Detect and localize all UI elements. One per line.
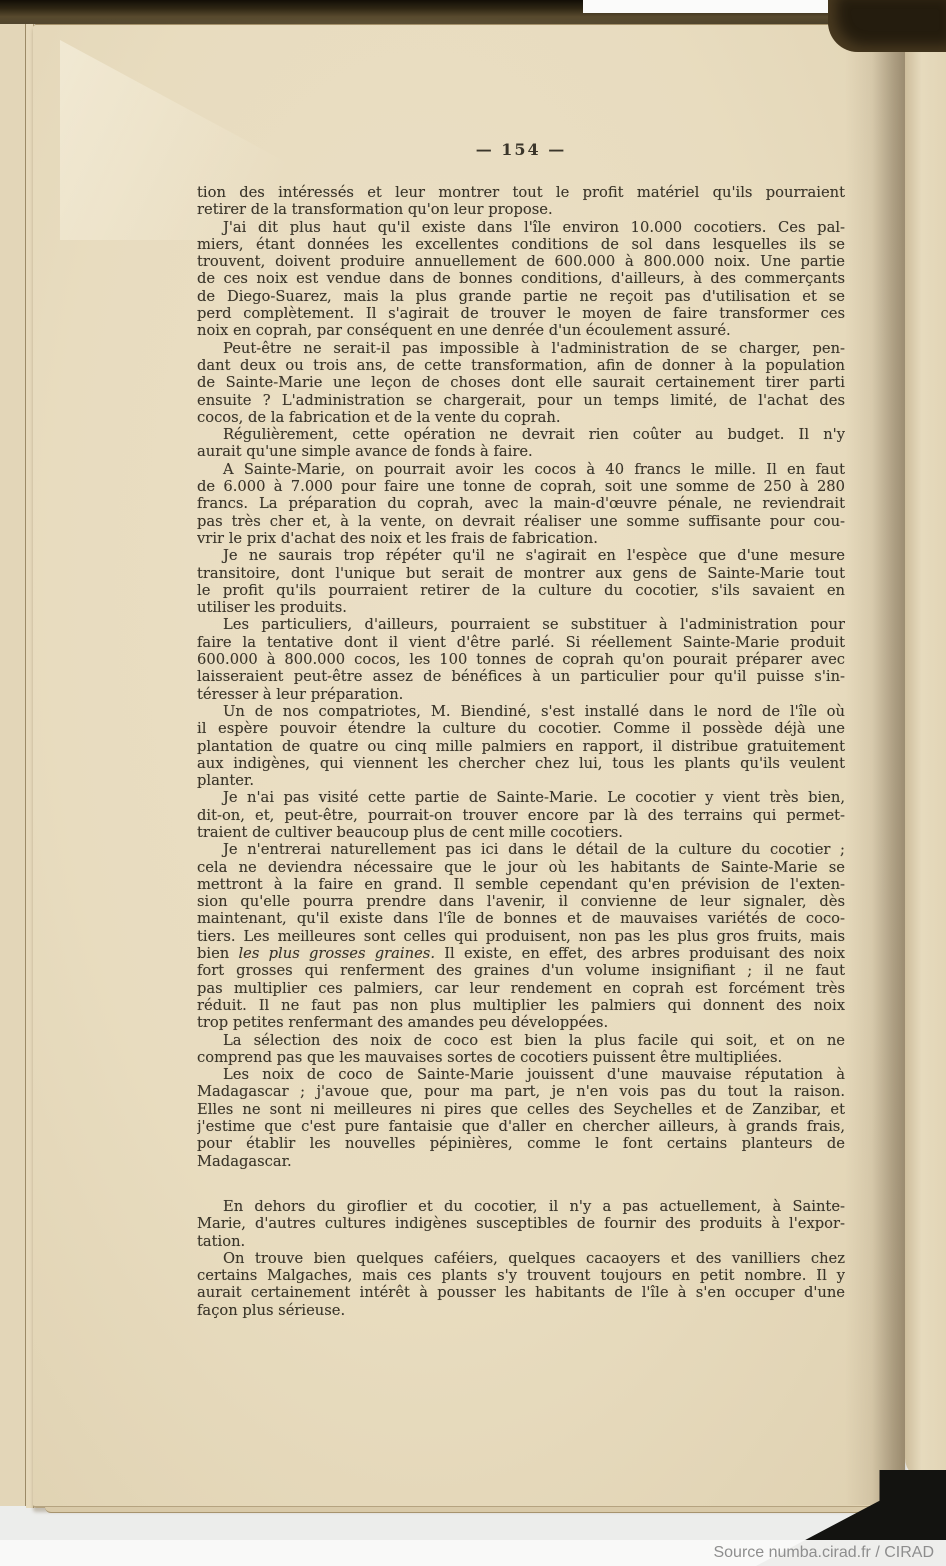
text-line: mettront à la faire en grand. Il semble …: [197, 876, 845, 893]
paragraph: J'ai dit plus haut qu'il existe dans l'î…: [197, 219, 845, 340]
paragraph: Régulièrement, cette opération ne devrai…: [197, 426, 845, 461]
text-line: pas très cher et, à la vente, on devrait…: [197, 513, 845, 530]
paragraph: On trouve bien quelques caféiers, quelqu…: [197, 1250, 845, 1319]
text-line: tiers. Les meilleures sont celles qui pr…: [197, 928, 845, 945]
paragraph: Je ne saurais trop répéter qu'il ne s'ag…: [197, 547, 845, 616]
text-line: façon plus sérieuse.: [197, 1302, 845, 1319]
text-line: J'ai dit plus haut qu'il existe dans l'î…: [197, 219, 845, 236]
text-line: maintenant, qu'il existe dans l'île de b…: [197, 910, 845, 927]
text-line: Les noix de coco de Sainte-Marie jouisse…: [197, 1066, 845, 1083]
text-line: 600.000 à 800.000 cocos, les 100 tonnes …: [197, 651, 845, 668]
text-line: de Sainte-Marie une leçon de choses dont…: [197, 374, 845, 391]
text-line: dit-on, et, peut-être, pourrait-on trouv…: [197, 807, 845, 824]
text-line: Madagascar.: [197, 1153, 845, 1170]
page-number: — 154 —: [197, 140, 845, 159]
text-line: aux indigènes, qui viennent les chercher…: [197, 755, 845, 772]
paragraph: A Sainte-Marie, on pourrait avoir les co…: [197, 461, 845, 547]
text-line: miers, étant données les excellentes con…: [197, 236, 845, 253]
paragraph: La sélection des noix de coco est bien l…: [197, 1032, 845, 1067]
text-line: Je n'entrerai naturellement pas ici dans…: [197, 841, 845, 858]
text-line: de Diego-Suarez, mais la plus grande par…: [197, 288, 845, 305]
text-line: Elles ne sont ni meilleures ni pires que…: [197, 1101, 845, 1118]
text-line: cela ne deviendra nécessaire que le jour…: [197, 859, 845, 876]
text-line: transitoire, dont l'unique but serait de…: [197, 565, 845, 582]
paragraph: En dehors du giroflier et du cocotier, i…: [197, 1198, 845, 1250]
text-line: Un de nos compatriotes, M. Biendiné, s'e…: [197, 703, 845, 720]
text-line: fort grosses qui renferment des graines …: [197, 962, 845, 979]
text-line: On trouve bien quelques caféiers, quelqu…: [197, 1250, 845, 1267]
paragraph: Je n'ai pas visité cette partie de Saint…: [197, 789, 845, 841]
text-line: La sélection des noix de coco est bien l…: [197, 1032, 845, 1049]
paragraph: Peut-être ne serait-il pas impossible à …: [197, 340, 845, 426]
text-line: trop petites renfermant des amandes peu …: [197, 1014, 845, 1031]
text-line: dant deux ou trois ans, de cette transfo…: [197, 357, 845, 374]
paragraph: Je n'entrerai naturellement pas ici dans…: [197, 841, 845, 1031]
text-line: j'estime que c'est pure fantaisie que d'…: [197, 1118, 845, 1135]
paragraph: tion des intéressés et leur montrer tout…: [197, 184, 845, 219]
text-line: A Sainte-Marie, on pourrait avoir les co…: [197, 461, 845, 478]
text-line: Marie, d'autres cultures indigènes susce…: [197, 1215, 845, 1232]
text-line: Les particuliers, d'ailleurs, pourraient…: [197, 616, 845, 633]
text-line: cocos, de la fabrication et de la vente …: [197, 409, 845, 426]
text-line: certains Malgaches, mais ces plants s'y …: [197, 1267, 845, 1284]
text-line: Régulièrement, cette opération ne devrai…: [197, 426, 845, 443]
text-line: plantation de quatre ou cinq mille palmi…: [197, 738, 845, 755]
text-line: pas multiplier ces palmiers, car leur re…: [197, 980, 845, 997]
text-line: bien les plus grosses graines. Il existe…: [197, 945, 845, 962]
text-line: le profit qu'ils pourraient retirer de l…: [197, 582, 845, 599]
underlying-page-edge: [0, 14, 26, 1506]
scan-background-notch: [583, 0, 829, 13]
text-line: Je ne saurais trop répéter qu'il ne s'ag…: [197, 547, 845, 564]
text-line: pour établir les nouvelles pépinières, c…: [197, 1135, 845, 1152]
paragraph: Les noix de coco de Sainte-Marie jouisse…: [197, 1066, 845, 1170]
text-line: de 6.000 à 7.000 pour faire une tonne de…: [197, 478, 845, 495]
text-line: En dehors du giroflier et du cocotier, i…: [197, 1198, 845, 1215]
text-line: sion qu'elle pourra prendre dans l'aveni…: [197, 893, 845, 910]
text-line: utiliser les produits.: [197, 599, 845, 616]
paragraph: Les particuliers, d'ailleurs, pourraient…: [197, 616, 845, 702]
underlying-page-edge: [45, 1507, 877, 1513]
text-line: noix en coprah, par conséquent en une de…: [197, 322, 845, 339]
paragraph: Un de nos compatriotes, M. Biendiné, s'e…: [197, 703, 845, 789]
text-line: perd complètement. Il s'agirait de trouv…: [197, 305, 845, 322]
source-attribution: Source numba.cirad.fr / CIRAD: [713, 1544, 946, 1561]
text-line: faire la tentative dont il vient d'être …: [197, 634, 845, 651]
text-line: Madagascar ; j'avoue que, pour ma part, …: [197, 1083, 845, 1100]
text-line: Peut-être ne serait-il pas impossible à …: [197, 340, 845, 357]
facing-page-edge: [905, 30, 946, 1480]
text-line: trouvent, doivent produire annuellement …: [197, 253, 845, 270]
text-line: téresser à leur préparation.: [197, 686, 845, 703]
text-block: tion des intéressés et leur montrer tout…: [197, 184, 845, 1319]
text-line: réduit. Il ne faut pas non plus multipli…: [197, 997, 845, 1014]
text-line: ensuite ? L'administration se chargerait…: [197, 392, 845, 409]
text-line: francs. La préparation du coprah, avec l…: [197, 495, 845, 512]
footer-bar: Source numba.cirad.fr / CIRAD: [0, 1540, 946, 1566]
book-binding-corner: [828, 0, 946, 52]
text-line: comprend pas que les mauvaises sortes de…: [197, 1049, 845, 1066]
text-line: laisseraient peut-être assez de bénéfice…: [197, 668, 845, 685]
text-line: tation.: [197, 1233, 845, 1250]
text-line: il espère pouvoir étendre la culture du …: [197, 720, 845, 737]
text-line: de ces noix est vendue dans de bonnes co…: [197, 270, 845, 287]
text-line: retirer de la transformation qu'on leur …: [197, 201, 845, 218]
text-line: aurait qu'une simple avance de fonds à f…: [197, 443, 845, 460]
text-line: aurait certainement intérêt à pousser le…: [197, 1284, 845, 1301]
gutter-shadow: [845, 24, 905, 1505]
text-line: tion des intéressés et leur montrer tout…: [197, 184, 845, 201]
scanned-book-page: — 154 — tion des intéressés et leur mont…: [0, 0, 946, 1566]
text-line: vrir le prix d'achat des noix et les fra…: [197, 530, 845, 547]
text-line: traient de cultiver beaucoup plus de cen…: [197, 824, 845, 841]
text-line: Je n'ai pas visité cette partie de Saint…: [197, 789, 845, 806]
text-line: planter.: [197, 772, 845, 789]
